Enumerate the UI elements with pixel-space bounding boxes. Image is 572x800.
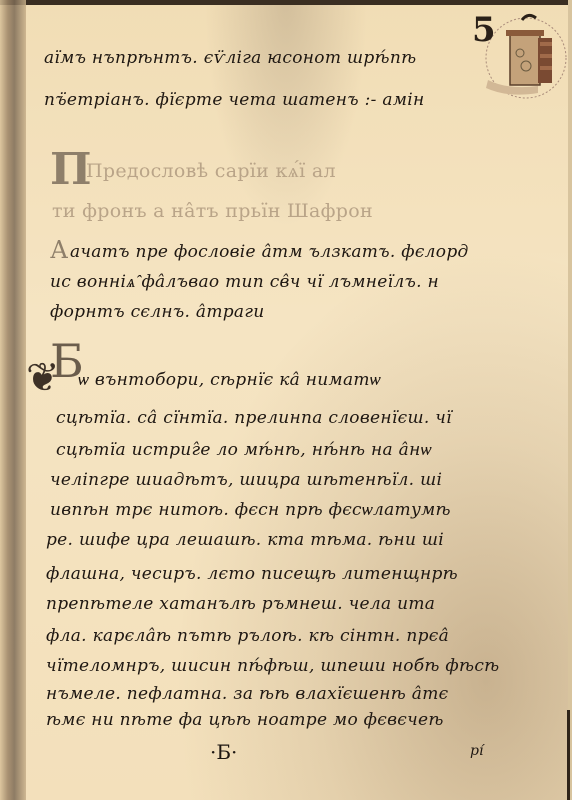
- stamp-numeral: 5: [472, 10, 496, 50]
- text-line-13: ре. шифе цра лешашѣ. кта тѣма. ѣни ші: [46, 530, 444, 550]
- faded-heading-line-1: Предословѣ сарїи кѧ́ї ал: [86, 160, 336, 183]
- manuscript-page: 5 аїмъ нъпрѣнтъ. єѵ̈ліга ꙗсонот шрѣ́пѣ п…: [0, 0, 572, 800]
- faded-initial-A: А: [50, 236, 68, 264]
- text-line-6: ис вонніѧ̂ фа̂лъвао тип св̂ч чї лъмнеїлъ…: [50, 272, 439, 292]
- folio-mark: рі́: [470, 743, 483, 759]
- text-line-2: пъ̈етріанъ. фїєрте чета шатенъ :- амін: [44, 90, 424, 110]
- text-line-12: ивпѣн трє нитоѣ. фєсн прѣ фєсѡлатумѣ: [50, 500, 451, 520]
- page-right-edge-shadow: [567, 710, 570, 800]
- text-line-10: сцѣтїа истриг̂е ло мѣ́нѣ, нѣ́нѣ на а̂нѡ: [56, 440, 432, 460]
- text-line-14: флашна, чесиръ. лєто писещѣ литенщнрѣ: [46, 564, 458, 584]
- binding-gutter: [0, 0, 26, 800]
- text-line-9: сцѣтїа. са̂ сїнтїа. прелинпа словенїєш. …: [56, 408, 452, 428]
- page-number: ·Б·: [210, 740, 237, 764]
- text-line-1: аїмъ нъпрѣнтъ. єѵ̈ліга ꙗсонот шрѣ́пѣ: [44, 48, 416, 68]
- text-line-5: ачатъ пре фословіе а̂тм ълзкатъ. фєлорд: [70, 242, 469, 262]
- text-line-7: форнтъ сєлнъ. а̂траги: [50, 302, 265, 322]
- text-line-17: чїтеломнръ, шисин пѣ́фѣш, шпеши нобѣ фѣс…: [46, 656, 499, 676]
- text-line-19: ѣмє ни пѣте фа цѣѣ ноатре мо фєвєчеѣ: [46, 710, 444, 730]
- text-line-16: фла. карєла̂ѣ пътѣ рълоѣ. кѣ сінтн. прєа…: [46, 626, 449, 646]
- text-line-8: ѡ вънтобори, сѣрнїє ка̂ ниматѡ: [78, 370, 381, 390]
- text-line-15: препѣтеле хатанълѣ ръмнеш. чела ита: [46, 594, 435, 614]
- page-right-edge: [568, 0, 572, 800]
- text-line-18: нъмеле. пефлатна. за ѣѣ влахїєшенѣ а̂тє: [46, 684, 448, 704]
- text-line-11: челіпгре шиадѣтъ, шицра шѣтенѣїл. ші: [50, 470, 442, 490]
- page-top-edge: [0, 0, 572, 5]
- faded-heading-line-2: ти фронъ а на̂тъ прьїн Шафрон: [52, 200, 373, 222]
